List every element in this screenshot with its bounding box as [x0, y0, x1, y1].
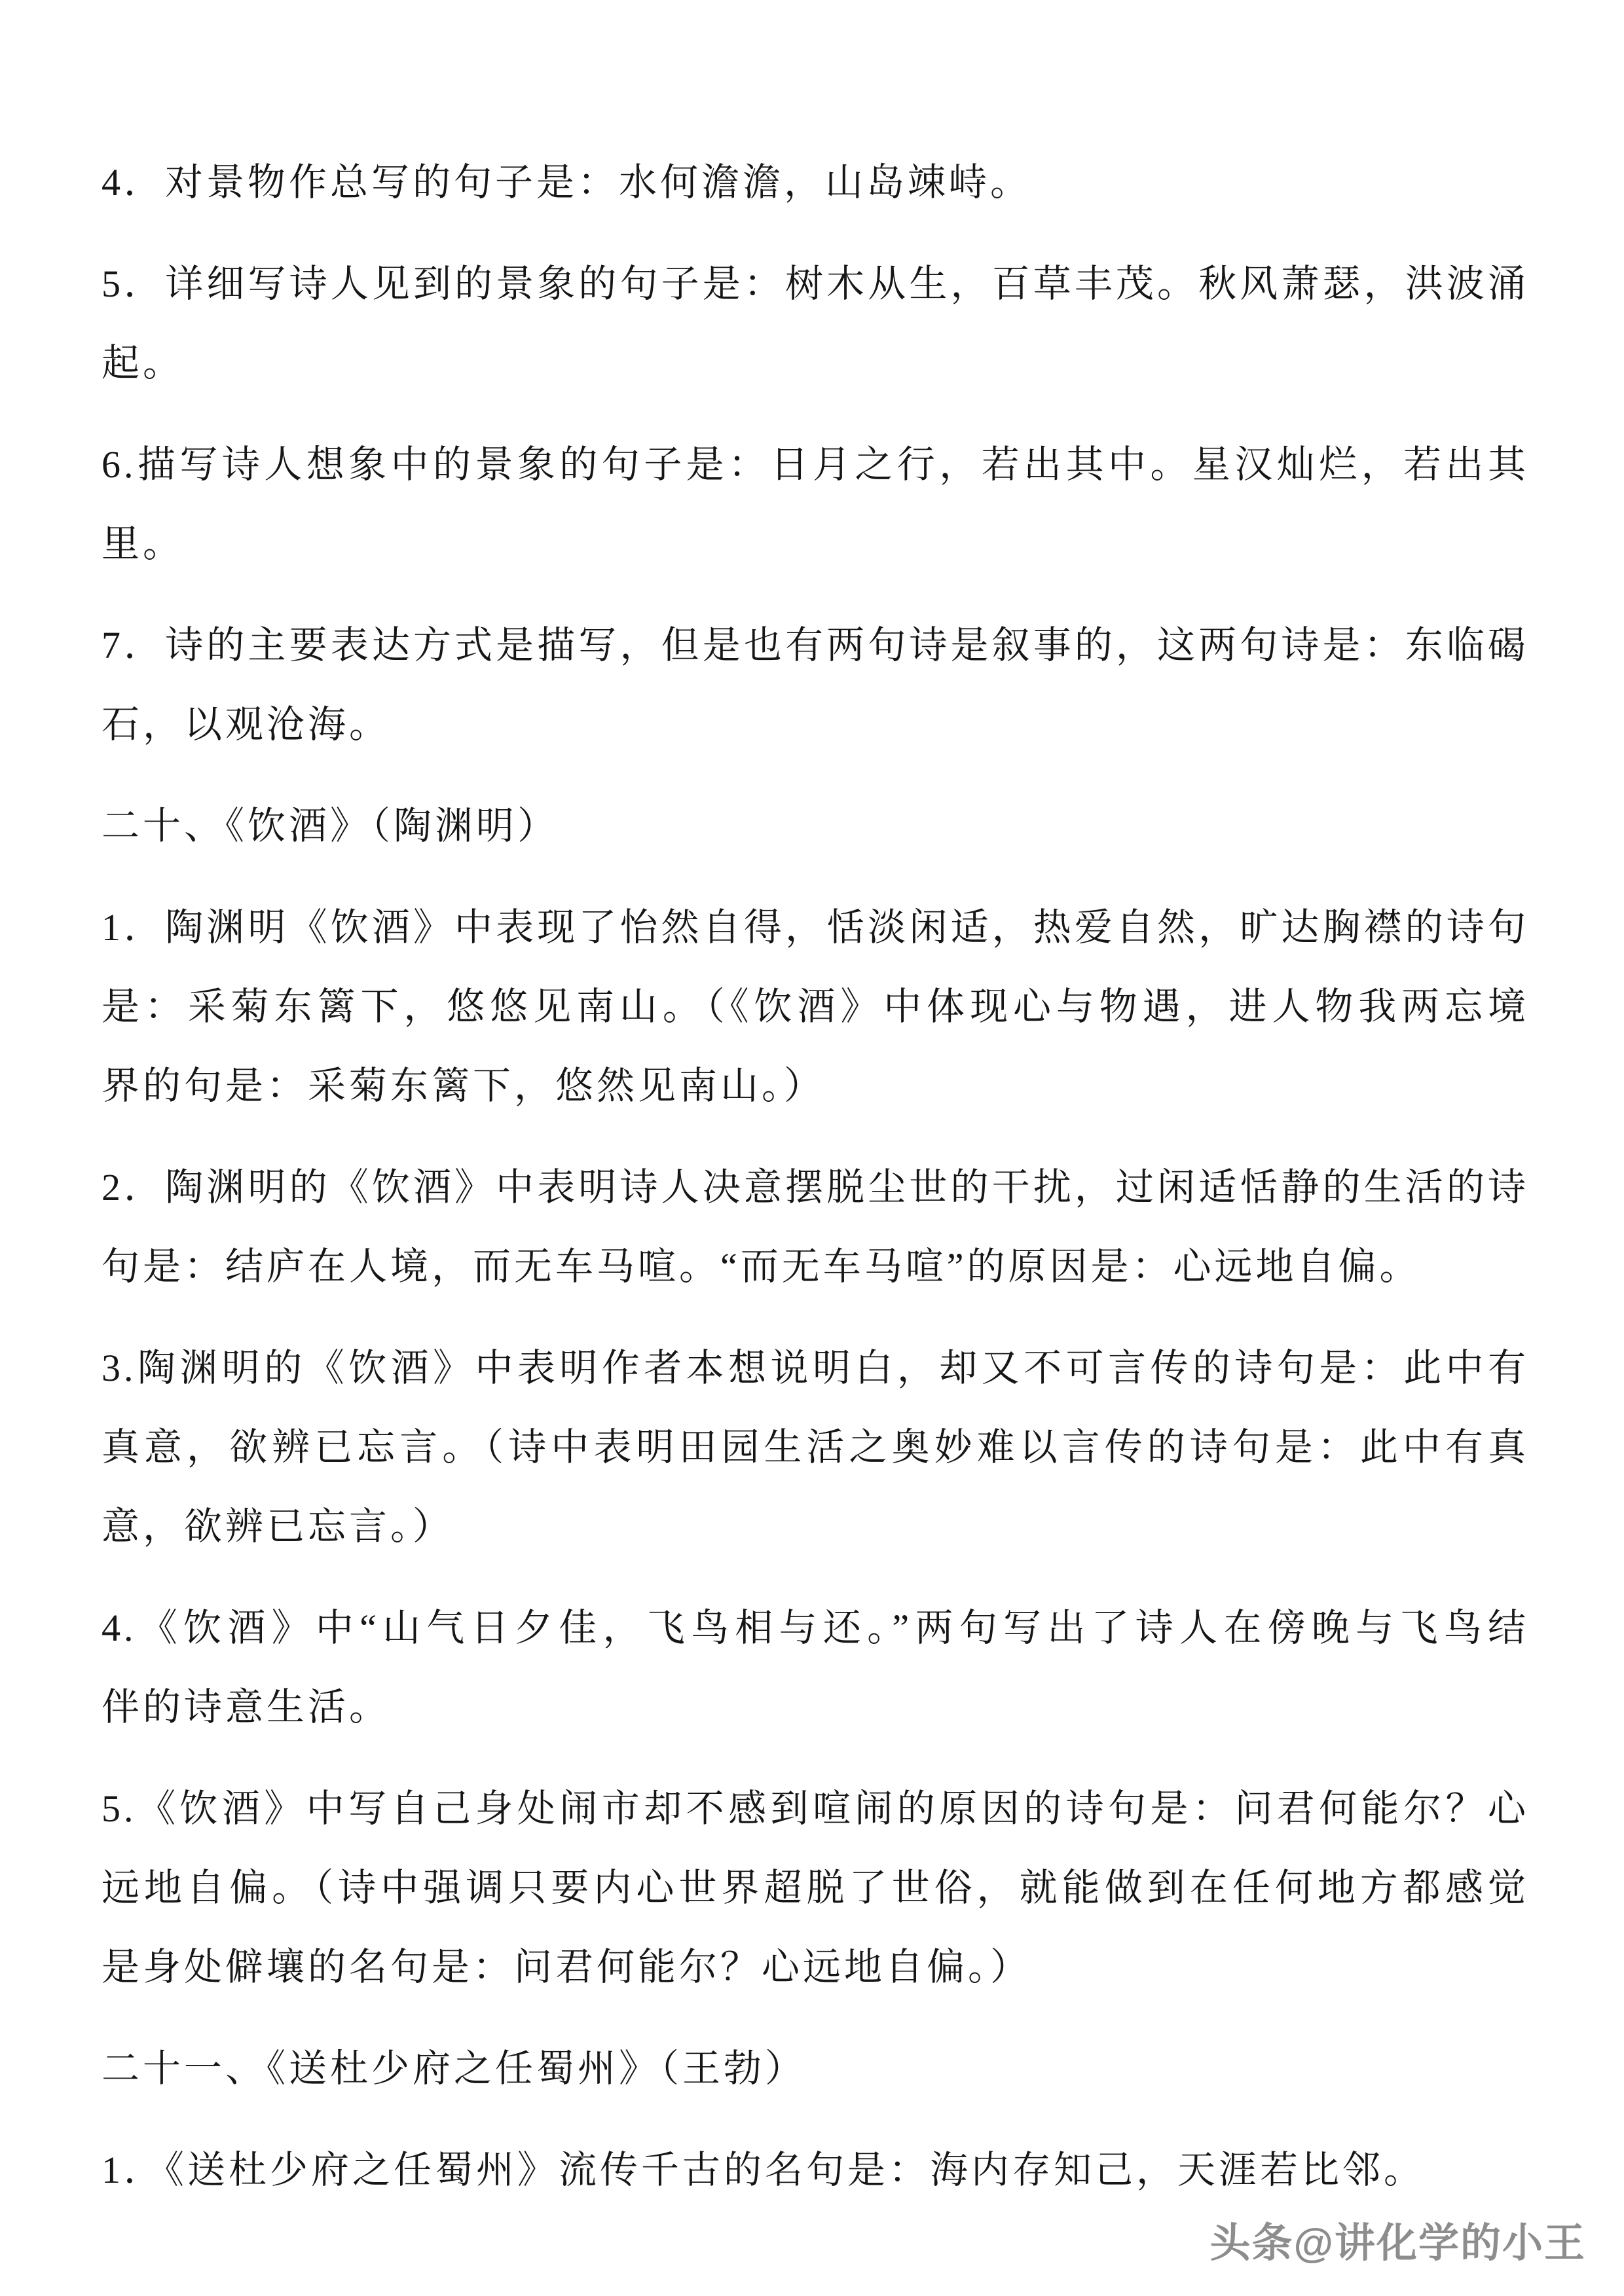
list-item: 5.《饮酒》中写自己身处闹市却不感到喧闹的原因的诗句是：问君何能尔？心 远地自偏… [101, 1769, 1529, 2007]
list-item: 1．《送杜少府之任蜀州》流传千古的名句是：海内存知己，天涯若比邻。 [101, 2130, 1529, 2210]
list-item: 4．对景物作总写的句子是：水何澹澹，山岛竦峙。 [101, 143, 1529, 222]
text-line: 7．诗的主要表达方式是描写，但是也有两句诗是叙事的，这两句诗是：东临碣 [101, 606, 1529, 685]
text-line: 真意，欲辨已忘言。（诗中表明田园生活之奥妙难以言传的诗句是：此中有真 [101, 1408, 1529, 1487]
watermark: 头条@讲化学的小王 [1210, 2210, 1586, 2269]
text-line: 石，以观沧海。 [101, 685, 1529, 764]
text-line: 起。 [101, 323, 1529, 403]
text-line: 5.《饮酒》中写自己身处闹市却不感到喧闹的原因的诗句是：问君何能尔？心 [101, 1769, 1529, 1848]
list-item: 5．详细写诗人见到的景象的句子是：树木从生，百草丰茂。秋风萧瑟，洪波涌 起。 [101, 244, 1529, 403]
text-line: 1．《送杜少府之任蜀州》流传千古的名句是：海内存知己，天涯若比邻。 [101, 2130, 1529, 2210]
list-item: 2．陶渊明的《饮酒》中表明诗人决意摆脱尘世的干扰，过闲适恬静的生活的诗 句是：结… [101, 1148, 1529, 1306]
text-line: 1．陶渊明《饮酒》中表现了怡然自得，恬淡闲适，热爱自然，旷达胸襟的诗句 [101, 888, 1529, 967]
section-heading: 二十、《饮酒》（陶渊明） [101, 786, 1529, 866]
text-line: 句是：结庐在人境，而无车马喧。“而无车马喧”的原因是：心远地自偏。 [101, 1227, 1529, 1306]
text-line: 5．详细写诗人见到的景象的句子是：树木从生，百草丰茂。秋风萧瑟，洪波涌 [101, 244, 1529, 323]
text-line: 是：采菊东篱下，悠悠见南山。（《饮酒》中体现心与物遇，进人物我两忘境 [101, 967, 1529, 1046]
text-line: 界的句是：采菊东篱下，悠然见南山。） [101, 1046, 1529, 1125]
list-item: 1．陶渊明《饮酒》中表现了怡然自得，恬淡闲适，热爱自然，旷达胸襟的诗句 是：采菊… [101, 888, 1529, 1125]
list-item: 4.《饮酒》中“山气日夕佳，飞鸟相与还。”两句写出了诗人在傍晚与飞鸟结 伴的诗意… [101, 1588, 1529, 1747]
text-line: 意，欲辨已忘言。） [101, 1487, 1529, 1566]
text-line: 远地自偏。（诗中强调只要内心世界超脱了世俗，就能做到在任何地方都感觉 [101, 1848, 1529, 1927]
list-item: 6.描写诗人想象中的景象的句子是：日月之行，若出其中。星汉灿烂，若出其 里。 [101, 425, 1529, 583]
list-item: 3.陶渊明的《饮酒》中表明作者本想说明白，却又不可言传的诗句是：此中有 真意，欲… [101, 1328, 1529, 1566]
list-item: 7．诗的主要表达方式是描写，但是也有两句诗是叙事的，这两句诗是：东临碣 石，以观… [101, 606, 1529, 764]
text-line: 是身处僻壤的名句是：问君何能尔？心远地自偏。） [101, 1927, 1529, 2007]
document-content: 4．对景物作总写的句子是：水何澹澹，山岛竦峙。 5．详细写诗人见到的景象的句子是… [101, 143, 1529, 2232]
text-line: 2．陶渊明的《饮酒》中表明诗人决意摆脱尘世的干扰，过闲适恬静的生活的诗 [101, 1148, 1529, 1227]
document-page: 4．对景物作总写的句子是：水何澹澹，山岛竦峙。 5．详细写诗人见到的景象的句子是… [0, 0, 1624, 2296]
heading-line: 二十一、《送杜少府之任蜀州》（王勃） [101, 2029, 1529, 2108]
text-line: 里。 [101, 504, 1529, 583]
text-line: 4.《饮酒》中“山气日夕佳，飞鸟相与还。”两句写出了诗人在傍晚与飞鸟结 [101, 1588, 1529, 1667]
heading-line: 二十、《饮酒》（陶渊明） [101, 786, 1529, 866]
text-line: 4．对景物作总写的句子是：水何澹澹，山岛竦峙。 [101, 143, 1529, 222]
text-line: 伴的诗意生活。 [101, 1667, 1529, 1747]
section-heading: 二十一、《送杜少府之任蜀州》（王勃） [101, 2029, 1529, 2108]
text-line: 3.陶渊明的《饮酒》中表明作者本想说明白，却又不可言传的诗句是：此中有 [101, 1328, 1529, 1408]
text-line: 6.描写诗人想象中的景象的句子是：日月之行，若出其中。星汉灿烂，若出其 [101, 425, 1529, 504]
